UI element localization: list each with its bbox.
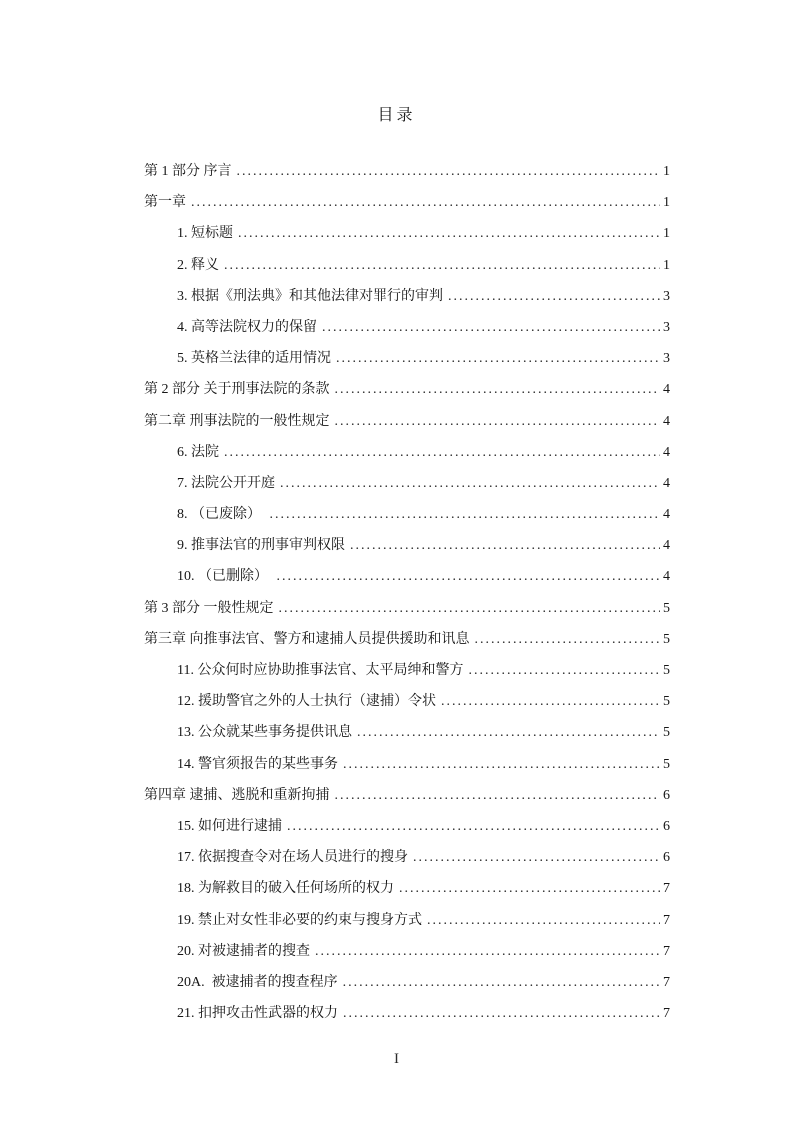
toc-entry[interactable]: 8. （已废除） 4 xyxy=(144,499,670,530)
toc-entry-page: 4 xyxy=(663,406,670,437)
toc-entry-page: 1 xyxy=(663,250,670,281)
toc-entry-label: 18. 为解救目的破入任何场所的权力 xyxy=(177,873,394,904)
toc-entry-page: 1 xyxy=(663,187,670,218)
toc-entry-page: 5 xyxy=(663,717,670,748)
toc-entry[interactable]: 21. 扣押攻击性武器的权力 7 xyxy=(144,998,670,1029)
toc-entry[interactable]: 第四章 逮捕、逃脱和重新拘捕 6 xyxy=(144,780,670,811)
toc-entry-label: 6. 法院 xyxy=(177,437,219,468)
toc-entry-page: 7 xyxy=(663,905,670,936)
page-title: 目录 xyxy=(0,105,793,127)
toc-entry-page: 5 xyxy=(663,593,670,624)
toc-entry-page: 5 xyxy=(663,686,670,717)
toc-dot-leader xyxy=(238,218,660,249)
toc-entry[interactable]: 20. 对被逮捕者的搜查 7 xyxy=(144,936,670,967)
toc-entry[interactable]: 1. 短标题 1 xyxy=(144,218,670,249)
toc-entry-label: 第 3 部分 一般性规定 xyxy=(144,593,274,624)
toc-entry-label: 20. 对被逮捕者的搜查 xyxy=(177,936,310,967)
toc-dot-leader xyxy=(224,437,660,468)
toc-entry-page: 4 xyxy=(663,437,670,468)
toc-entry-page: 7 xyxy=(663,967,670,998)
toc-dot-leader xyxy=(357,717,660,748)
toc-entry[interactable]: 19. 禁止对女性非必要的约束与搜身方式 7 xyxy=(144,905,670,936)
toc-entry[interactable]: 10. （已删除） 4 xyxy=(144,561,670,592)
toc-entry-label: 12. 援助警官之外的人士执行（逮捕）令状 xyxy=(177,686,436,717)
toc-entry-label: 9. 推事法官的刑事审判权限 xyxy=(177,530,345,561)
toc-entry-page: 7 xyxy=(663,873,670,904)
toc-dot-leader xyxy=(335,406,661,437)
toc-entry-page: 5 xyxy=(663,655,670,686)
document-page: 目录 第 1 部分 序言 1 第一章 1 1. 短标题 1 2. 释义 1 3.… xyxy=(0,0,793,1122)
toc-entry-label: 17. 依据搜查令对在场人员进行的搜身 xyxy=(177,842,408,873)
toc-dot-leader xyxy=(191,187,660,218)
toc-entry-page: 4 xyxy=(663,499,670,530)
toc-dot-leader xyxy=(343,967,660,998)
toc-entry[interactable]: 5. 英格兰法律的适用情况 3 xyxy=(144,343,670,374)
footer-page-number: I xyxy=(0,1051,793,1068)
toc-entry[interactable]: 9. 推事法官的刑事审判权限 4 xyxy=(144,530,670,561)
toc-entry-page: 3 xyxy=(663,312,670,343)
toc-entry-label: 第 2 部分 关于刑事法院的条款 xyxy=(144,374,330,405)
toc-entry[interactable]: 14. 警官须报告的某些事务 5 xyxy=(144,749,670,780)
toc-dot-leader xyxy=(279,593,661,624)
toc-entry[interactable]: 20A. 被逮捕者的搜查程序 7 xyxy=(144,967,670,998)
toc-entry[interactable]: 12. 援助警官之外的人士执行（逮捕）令状 5 xyxy=(144,686,670,717)
toc-entry-page: 4 xyxy=(663,374,670,405)
toc-entry-label: 7. 法院公开开庭 xyxy=(177,468,275,499)
toc-dot-leader xyxy=(441,686,660,717)
toc-entry[interactable]: 4. 高等法院权力的保留 3 xyxy=(144,312,670,343)
toc-entry-page: 7 xyxy=(663,998,670,1029)
toc-entry-label: 19. 禁止对女性非必要的约束与搜身方式 xyxy=(177,905,422,936)
toc-entry[interactable]: 第三章 向推事法官、警方和逮捕人员提供援助和讯息 5 xyxy=(144,624,670,655)
toc-entry-label: 2. 释义 xyxy=(177,250,219,281)
toc-dot-leader xyxy=(315,936,660,967)
toc-entry-page: 3 xyxy=(663,343,670,374)
toc-entry[interactable]: 第 2 部分 关于刑事法院的条款 4 xyxy=(144,374,670,405)
toc-entry[interactable]: 7. 法院公开开庭 4 xyxy=(144,468,670,499)
toc-entry-label: 5. 英格兰法律的适用情况 xyxy=(177,343,331,374)
toc-dot-leader xyxy=(427,905,660,936)
toc-entry-label: 8. （已废除） xyxy=(177,499,265,530)
toc-entry-label: 1. 短标题 xyxy=(177,218,233,249)
toc-entry[interactable]: 第 3 部分 一般性规定 5 xyxy=(144,593,670,624)
toc-entry-page: 6 xyxy=(663,780,670,811)
toc-entry-label: 第一章 xyxy=(144,187,186,218)
toc-dot-leader xyxy=(475,624,661,655)
toc-list: 第 1 部分 序言 1 第一章 1 1. 短标题 1 2. 释义 1 3. 根据… xyxy=(144,156,670,1029)
toc-entry-label: 15. 如何进行逮捕 xyxy=(177,811,282,842)
toc-dot-leader xyxy=(448,281,660,312)
toc-entry-label: 第 1 部分 序言 xyxy=(144,156,232,187)
toc-dot-leader xyxy=(343,749,660,780)
toc-entry-label: 第三章 向推事法官、警方和逮捕人员提供援助和讯息 xyxy=(144,624,470,655)
toc-dot-leader xyxy=(237,156,661,187)
toc-entry[interactable]: 2. 释义 1 xyxy=(144,250,670,281)
toc-entry[interactable]: 18. 为解救目的破入任何场所的权力 7 xyxy=(144,873,670,904)
toc-dot-leader xyxy=(350,530,660,561)
toc-dot-leader xyxy=(322,312,660,343)
toc-entry[interactable]: 17. 依据搜查令对在场人员进行的搜身 6 xyxy=(144,842,670,873)
toc-dot-leader xyxy=(280,468,660,499)
toc-entry[interactable]: 第 1 部分 序言 1 xyxy=(144,156,670,187)
toc-entry-page: 3 xyxy=(663,281,670,312)
toc-entry[interactable]: 第一章 1 xyxy=(144,187,670,218)
toc-dot-leader xyxy=(335,374,661,405)
toc-entry-label: 21. 扣押攻击性武器的权力 xyxy=(177,998,338,1029)
toc-dot-leader xyxy=(336,343,660,374)
toc-entry[interactable]: 15. 如何进行逮捕 6 xyxy=(144,811,670,842)
toc-dot-leader xyxy=(399,873,660,904)
toc-entry[interactable]: 3. 根据《刑法典》和其他法律对罪行的审判 3 xyxy=(144,281,670,312)
toc-entry-label: 10. （已删除） xyxy=(177,561,272,592)
toc-dot-leader xyxy=(335,780,661,811)
toc-entry-label: 14. 警官须报告的某些事务 xyxy=(177,749,338,780)
toc-entry-page: 5 xyxy=(663,624,670,655)
toc-entry-page: 1 xyxy=(663,218,670,249)
toc-entry-label: 第二章 刑事法院的一般性规定 xyxy=(144,406,330,437)
toc-entry[interactable]: 11. 公众何时应协助推事法官、太平局绅和警方 5 xyxy=(144,655,670,686)
toc-entry[interactable]: 第二章 刑事法院的一般性规定 4 xyxy=(144,406,670,437)
toc-entry-label: 13. 公众就某些事务提供讯息 xyxy=(177,717,352,748)
toc-dot-leader xyxy=(468,655,660,686)
toc-entry-page: 6 xyxy=(663,842,670,873)
toc-entry-page: 4 xyxy=(663,468,670,499)
toc-entry-label: 20A. 被逮捕者的搜查程序 xyxy=(177,967,338,998)
toc-entry-page: 6 xyxy=(663,811,670,842)
toc-dot-leader xyxy=(277,561,661,592)
toc-entry-label: 4. 高等法院权力的保留 xyxy=(177,312,317,343)
toc-entry-page: 4 xyxy=(663,561,670,592)
toc-entry-label: 11. 公众何时应协助推事法官、太平局绅和警方 xyxy=(177,655,463,686)
toc-entry-page: 7 xyxy=(663,936,670,967)
toc-entry-label: 3. 根据《刑法典》和其他法律对罪行的审判 xyxy=(177,281,443,312)
toc-dot-leader xyxy=(343,998,660,1029)
toc-dot-leader xyxy=(270,499,661,530)
toc-dot-leader xyxy=(413,842,660,873)
toc-dot-leader xyxy=(224,250,660,281)
toc-entry-page: 1 xyxy=(663,156,670,187)
toc-entry-label: 第四章 逮捕、逃脱和重新拘捕 xyxy=(144,780,330,811)
toc-entry[interactable]: 6. 法院 4 xyxy=(144,437,670,468)
toc-entry-page: 4 xyxy=(663,530,670,561)
toc-dot-leader xyxy=(287,811,660,842)
toc-entry[interactable]: 13. 公众就某些事务提供讯息 5 xyxy=(144,717,670,748)
toc-entry-page: 5 xyxy=(663,749,670,780)
